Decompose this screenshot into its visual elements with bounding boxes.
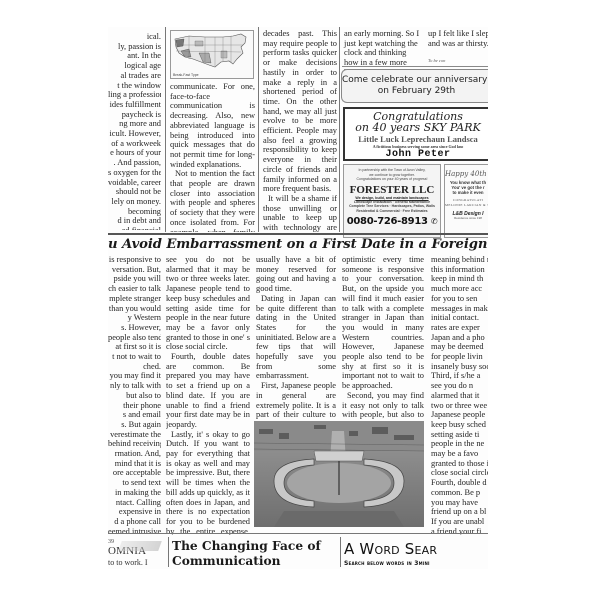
- text-line: see you do n: [431, 381, 488, 391]
- ad-text: MELONIE LARCIAN & TE: [445, 203, 488, 208]
- paragraph: Second, you may find it easy not only to…: [342, 391, 424, 419]
- text-line: setting aside ti: [431, 430, 488, 440]
- text-line: rates are exper: [431, 323, 488, 333]
- text-line: much more acc: [431, 284, 488, 294]
- article-column-5: meaning behind rthis informationkeep in …: [431, 255, 488, 535]
- text-line: may be deemed: [431, 342, 488, 352]
- text-line: pside you will: [108, 274, 161, 284]
- text-line: versation. But,: [108, 265, 161, 275]
- text-line: for you to sen: [431, 294, 488, 304]
- paragraph: usually have a bit of money reserved for…: [256, 255, 336, 294]
- text-line: s. But again: [108, 420, 161, 430]
- st-peters-square-photo: [254, 421, 424, 527]
- word-search-subtitle: Search below words in 3mini: [344, 560, 488, 568]
- text-line: their phone: [108, 401, 161, 411]
- text-line: granted to those i: [431, 459, 488, 469]
- text-line: Japan and a pho: [431, 333, 488, 343]
- text-line: close social circle.: [431, 468, 488, 478]
- text-line: ch easier to talk: [108, 284, 161, 294]
- text-line: is responsive to: [108, 255, 161, 265]
- feature-title: The Changing Face of Communication: [172, 539, 340, 569]
- ad-line: Come celebrate our anniversary wi: [342, 75, 488, 86]
- text-line: but also to: [108, 391, 161, 401]
- text-line: than you would: [108, 304, 161, 314]
- text-line: s and email: [108, 410, 161, 420]
- paragraph: Not to mention the fact that people are …: [170, 169, 255, 232]
- to-be-continued: To be con: [428, 58, 445, 63]
- text-line: behind receiving: [108, 439, 161, 449]
- text-line: two or three wee: [431, 401, 488, 411]
- paragraph: Lastly, it' s okay to go Dutch. If you w…: [166, 430, 250, 535]
- text-line: for people livin: [431, 352, 488, 362]
- text-line: . And passion,: [108, 158, 161, 168]
- text-line: common. Be p: [431, 488, 488, 498]
- company-name: FORESTER LLC: [344, 184, 440, 196]
- column-divider: [340, 537, 341, 567]
- text-line: mplete stranger: [108, 294, 161, 304]
- text-line: Third, if s/he a: [431, 371, 488, 381]
- ad-text: Residential & Commercial · Free Estimate…: [344, 209, 440, 214]
- text-line: insanely busy soc: [431, 362, 488, 372]
- article-column-4: optimistic every time someone is respons…: [342, 255, 424, 419]
- text-line: initial contact.: [431, 313, 488, 323]
- text-line: paycheck is: [108, 110, 161, 120]
- article-column-1: is responsive toversation. But,pside you…: [108, 255, 161, 535]
- omnia-text: to to work. I: [108, 558, 164, 568]
- text-line: to send text: [108, 478, 161, 488]
- phone-icon: ✆: [431, 217, 437, 226]
- ad-text: Residence since 198: [445, 217, 488, 220]
- text-line: logical age: [108, 61, 161, 71]
- text-line: lely on money.: [108, 197, 161, 207]
- text-line: ched.: [108, 362, 161, 372]
- text-line: may be a favo: [431, 449, 488, 459]
- text-line: keep busy sched: [431, 420, 488, 430]
- paragraph: communicate. For one, face-to-face commu…: [170, 82, 255, 169]
- text-line: verestimate the: [108, 430, 161, 440]
- text-line: expensive in: [108, 507, 161, 517]
- text-line: people in the ne: [431, 439, 488, 449]
- ad-heading: on 40 years SKY PARK: [345, 122, 488, 134]
- phone-number: 0080-726-8913 ✆: [344, 216, 440, 228]
- paragraph: see you do not be alarmed that it may be…: [166, 255, 250, 352]
- text-line: in making the: [108, 488, 161, 498]
- text-line: becoming: [108, 207, 161, 217]
- article-column-3: usually have a bit of money reserved for…: [256, 255, 336, 419]
- us-map-figure: Break-Fast Type: [170, 30, 254, 79]
- article-column-2: see you do not be alarmed that it may be…: [166, 255, 250, 535]
- business-name: Little Luck Leprechaun Landsca: [345, 134, 488, 144]
- text-line: t not to wait to: [108, 352, 161, 362]
- person-name: John Peter: [345, 149, 488, 160]
- forester-ad: In partnership with the Town of Avon Val…: [343, 164, 441, 238]
- paragraph: decades past. This may require people to…: [263, 29, 337, 194]
- top-left-lines: ical.ly, passion isant. In thelogical ag…: [108, 32, 161, 230]
- article-column-5-lines: meaning behind rthis informationkeep in …: [431, 255, 488, 535]
- text-line: should not be: [108, 187, 161, 197]
- omnia-section: 39 OMNIA to to work. I: [108, 539, 164, 569]
- column-divider: [165, 27, 166, 232]
- text-line: people also tend: [108, 333, 161, 343]
- text-line: d a phone call: [108, 517, 161, 527]
- paragraph: First, Japanese people in general are ex…: [256, 381, 336, 419]
- text-line: nly to talk with: [108, 381, 161, 391]
- word-search-section: A Word Sear Search below words in 3mini: [344, 540, 488, 568]
- text-line: keep in mind th: [431, 274, 488, 284]
- text-line: d in debt and: [108, 216, 161, 226]
- text-line: ng more and: [108, 119, 161, 129]
- text-line: this information: [431, 265, 488, 275]
- text-line: al trades are: [108, 71, 161, 81]
- text-line: Japanese people: [431, 410, 488, 420]
- ad-text: to make it even: [445, 190, 488, 195]
- newspaper-sheet: ical.ly, passion isant. In thelogical ag…: [108, 27, 488, 569]
- text-line: t the window: [108, 81, 161, 91]
- text-line: you may have: [431, 498, 488, 508]
- text-line: messages in mak: [431, 304, 488, 314]
- ad-line: on February 29th: [342, 86, 488, 97]
- congratulations-ad: Congratulations on 40 years SKY PARK Lit…: [343, 107, 488, 161]
- aerial-photo-icon: [254, 421, 424, 527]
- section-divider: [108, 233, 488, 235]
- text-line: meaning behind r: [431, 255, 488, 265]
- text-line: ides fulfillment: [108, 100, 161, 110]
- paragraph: optimistic every time someone is respons…: [342, 255, 424, 391]
- text-line: ical.: [108, 32, 161, 42]
- birthday-ad: Happy 40th B You know what th You' ve go…: [444, 164, 488, 238]
- paragraph: Fourth, double dates are common. Be prep…: [166, 352, 250, 430]
- text-line: alarmed that it: [431, 391, 488, 401]
- text-line: e hours of your: [108, 148, 161, 158]
- text-line: ling a profession: [108, 90, 161, 100]
- top-left-column: ical.ly, passion isant. In thelogical ag…: [108, 32, 161, 230]
- text-line: ntact. Calling: [108, 498, 161, 508]
- text-line: ed financial: [108, 226, 161, 230]
- text-line: ant. In the: [108, 51, 161, 61]
- text-line: you may find it: [108, 371, 161, 381]
- text-line: of a workweek: [108, 139, 161, 149]
- middle-column-1: communicate. For one, face-to-face commu…: [170, 82, 255, 232]
- text-line: y Western: [108, 313, 161, 323]
- text-line: ly, passion is: [108, 42, 161, 52]
- text-line: s oxygen for the: [108, 168, 161, 178]
- article-column-1-lines: is responsive toversation. But,pside you…: [108, 255, 161, 535]
- text-line: voidable, career: [108, 178, 161, 188]
- footer-divider: [108, 533, 488, 534]
- us-map-icon: [171, 31, 253, 71]
- anniversary-ad: Come celebrate our anniversary wi on Feb…: [341, 69, 488, 103]
- paragraph: It will be a shame if those unwilling or…: [263, 194, 337, 232]
- map-caption: Break-Fast Type: [173, 73, 199, 77]
- text-line: icult. However,: [108, 129, 161, 139]
- article-headline: u Avoid Embarrassment on a First Date in…: [108, 237, 488, 253]
- ad-heading: Happy 40th B: [445, 168, 488, 180]
- word-search-title: A Word Sear: [344, 540, 488, 558]
- column-divider: [168, 537, 169, 567]
- text-line: rmation. And,: [108, 449, 161, 459]
- ad-text: Congratulations on your 40 years of prog…: [344, 177, 440, 182]
- text-line: mind that it is: [108, 459, 161, 469]
- column-divider: [258, 27, 259, 232]
- text-line: If you are unabl: [431, 517, 488, 527]
- paragraph: Dating in Japan can be quite different t…: [256, 294, 336, 381]
- middle-column-2: decades past. This may require people to…: [263, 29, 337, 232]
- text-line: Fourth, double d: [431, 478, 488, 488]
- ad-text: In partnership with the Town of Avon Val…: [344, 168, 440, 173]
- column-divider: [339, 27, 340, 232]
- text-line: friend up on a bl: [431, 507, 488, 517]
- decorative-band: [118, 541, 162, 551]
- divider: [342, 66, 488, 67]
- story-continuation-b: up I felt like I slept and was ar thirst…: [428, 29, 488, 48]
- text-line: at first so it is: [108, 342, 161, 352]
- text-line: s. However,: [108, 323, 161, 333]
- text-line: ore acceptable: [108, 468, 161, 478]
